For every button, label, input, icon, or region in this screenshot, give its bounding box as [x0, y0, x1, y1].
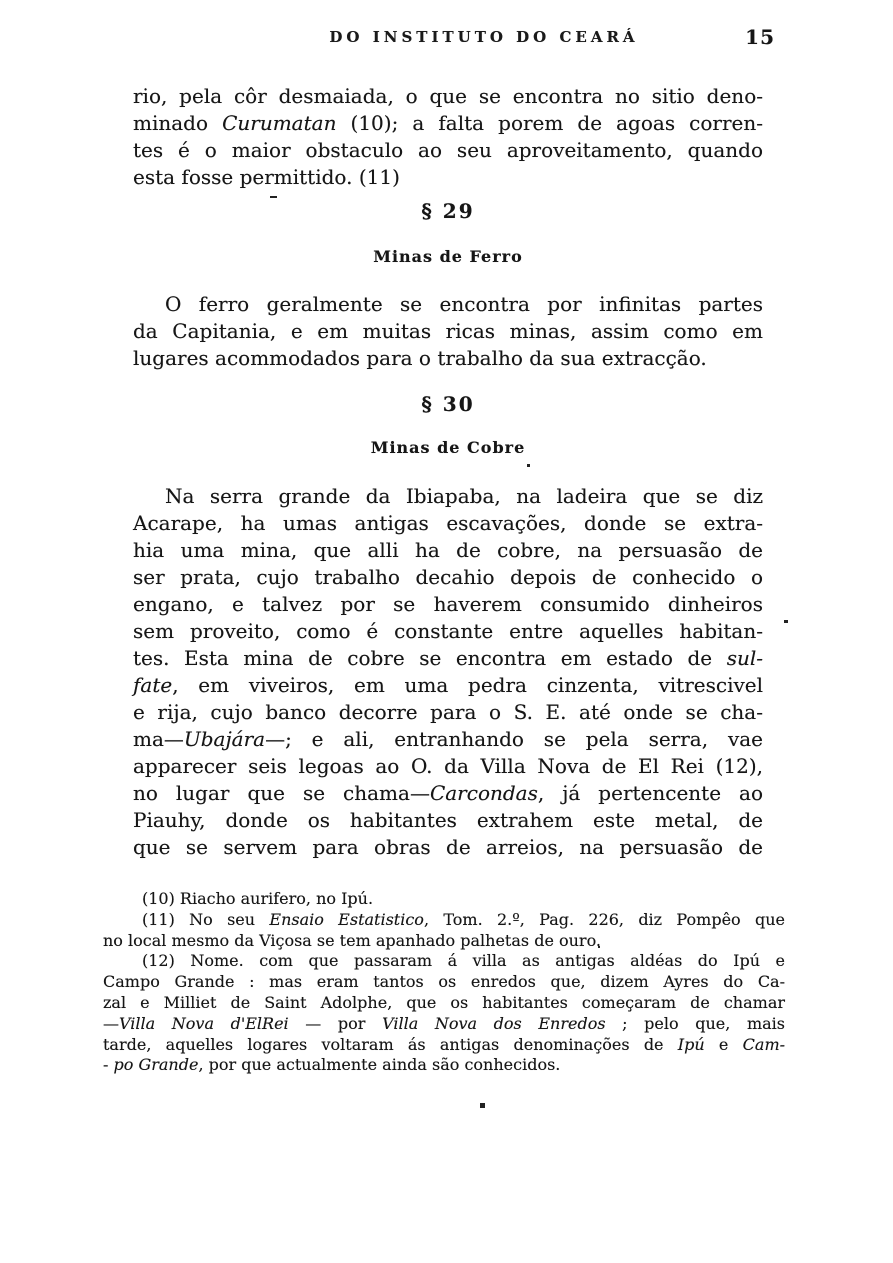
scan-speck [527, 464, 530, 467]
text-line: ser prata, cujo trabalho decahio depois … [133, 564, 763, 591]
text-line: ma—Ubajára—; e ali, entranhando se pela … [133, 726, 763, 753]
scan-speck [480, 1103, 485, 1108]
page-header: DO INSTITUTO DO CEARÁ 15 [133, 28, 763, 54]
running-title: DO INSTITUTO DO CEARÁ [169, 28, 799, 46]
text-line: tes. Esta mina de cobre se encontra em e… [133, 645, 763, 672]
text-line: minado Curumatan (10); a falta porem de … [133, 110, 763, 137]
text-line: (10) Riacho aurifero, no Ipú. [103, 889, 785, 910]
text-line: da Capitania, e em muitas ricas minas, a… [133, 318, 763, 345]
section-title-minas-de-ferro: Minas de Ferro [133, 247, 763, 266]
text-line: hia uma mina, que alli ha de cobre, na p… [133, 537, 763, 564]
text-line: que se servem para obras de arreios, na … [133, 834, 763, 861]
text-line: esta fosse permittido. (11) [133, 164, 763, 191]
paragraph-minas-de-ferro: O ferro geralmente se encontra por infin… [133, 291, 763, 372]
text-line: (12) Nome. com que passaram á villa as a… [103, 951, 785, 972]
text-line: sem proveito, como é constante entre aqu… [133, 618, 763, 645]
text-line: tes é o maior obstaculo ao seu aproveita… [133, 137, 763, 164]
section-mark-29: § 29 [133, 199, 763, 223]
text-line: (11) No seu Ensaio Estatistico, Tom. 2.º… [103, 910, 785, 931]
text-line: engano, e talvez por se haverem consumid… [133, 591, 763, 618]
text-line: O ferro geralmente se encontra por infin… [133, 291, 763, 318]
text-line: Piauhy, donde os habitantes extrahem est… [133, 807, 763, 834]
text-line: Na serra grande da Ibiapaba, na ladeira … [133, 483, 763, 510]
book-page: DO INSTITUTO DO CEARÁ 15 rio, pela côr d… [0, 0, 893, 1263]
text-line: - po Grande, por que actualmente ainda s… [103, 1055, 785, 1076]
scan-speck [598, 946, 600, 948]
text-line: rio, pela côr desmaiada, o que se encont… [133, 83, 763, 110]
text-line: zal e Milliet de Saint Adolphe, que os h… [103, 993, 785, 1014]
text-line: no local mesmo da Viçosa se tem apanhado… [103, 931, 785, 952]
section-mark-30: § 30 [133, 392, 763, 416]
text-line: —Villa Nova d'ElRei — por Villa Nova dos… [103, 1014, 785, 1035]
paragraph-intro: rio, pela côr desmaiada, o que se encont… [133, 83, 763, 191]
text-line: fate, em viveiros, em uma pedra cinzenta… [133, 672, 763, 699]
scan-speck [270, 196, 277, 198]
text-line: lugares acommodados para o trabalho da s… [133, 345, 763, 372]
section-title-minas-de-cobre: Minas de Cobre [133, 438, 763, 457]
text-line: no lugar que se chama—Carcondas, já pert… [133, 780, 763, 807]
text-line: Acarape, ha umas antigas escavações, don… [133, 510, 763, 537]
page-number: 15 [745, 25, 775, 49]
text-line: apparecer seis legoas ao O. da Villa Nov… [133, 753, 763, 780]
text-line: Campo Grande : mas eram tantos os enredo… [103, 972, 785, 993]
scan-speck [784, 620, 788, 623]
text-line: tarde, aquelles logares voltaram ás anti… [103, 1035, 785, 1056]
footnotes-block: (10) Riacho aurifero, no Ipú.(11) No seu… [103, 889, 785, 1076]
text-line: e rija, cujo banco decorre para o S. E. … [133, 699, 763, 726]
paragraph-minas-de-cobre: Na serra grande da Ibiapaba, na ladeira … [133, 483, 763, 861]
